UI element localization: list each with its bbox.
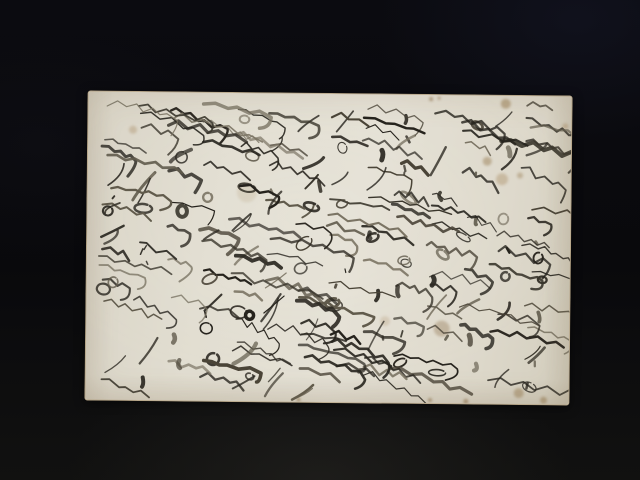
postcard [84,90,572,405]
handwriting-ink [96,97,572,404]
photo-scene [0,0,640,480]
calligraphy-art [85,91,571,404]
